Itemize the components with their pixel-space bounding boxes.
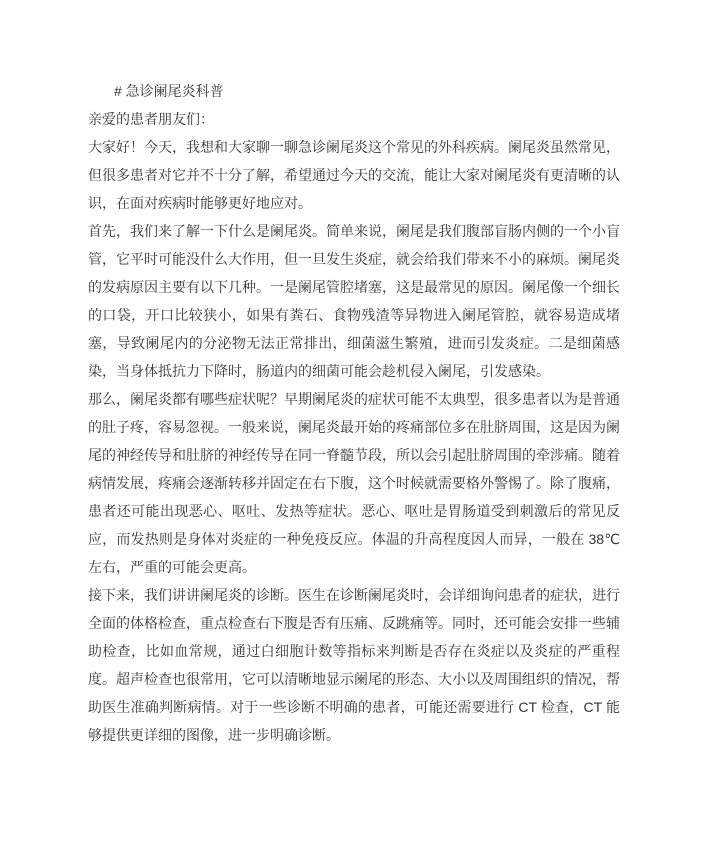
document-page: # 急诊阑尾炎科普 亲爱的患者朋友们：大家好！今天，我想和大家聊一聊急诊阑尾炎这…: [0, 0, 708, 841]
document-body: 亲爱的患者朋友们：大家好！今天，我想和大家聊一聊急诊阑尾炎这个常见的外科疾病。阑…: [88, 105, 620, 749]
paragraph: 接下来，我们讲讲阑尾炎的诊断。医生在诊断阑尾炎时，会详细询问患者的症状，进行全面…: [88, 581, 620, 749]
document-title: # 急诊阑尾炎科普: [88, 77, 620, 105]
paragraph: 亲爱的患者朋友们：: [88, 105, 620, 133]
paragraph: 那么，阑尾炎都有哪些症状呢？早期阑尾炎的症状可能不太典型，很多患者以为是普通的肚…: [88, 385, 620, 581]
paragraph: 首先，我们来了解一下什么是阑尾炎。简单来说，阑尾是我们腹部盲肠内侧的一个小盲管，…: [88, 217, 620, 385]
paragraph: 大家好！今天，我想和大家聊一聊急诊阑尾炎这个常见的外科疾病。阑尾炎虽然常见，但很…: [88, 133, 620, 217]
